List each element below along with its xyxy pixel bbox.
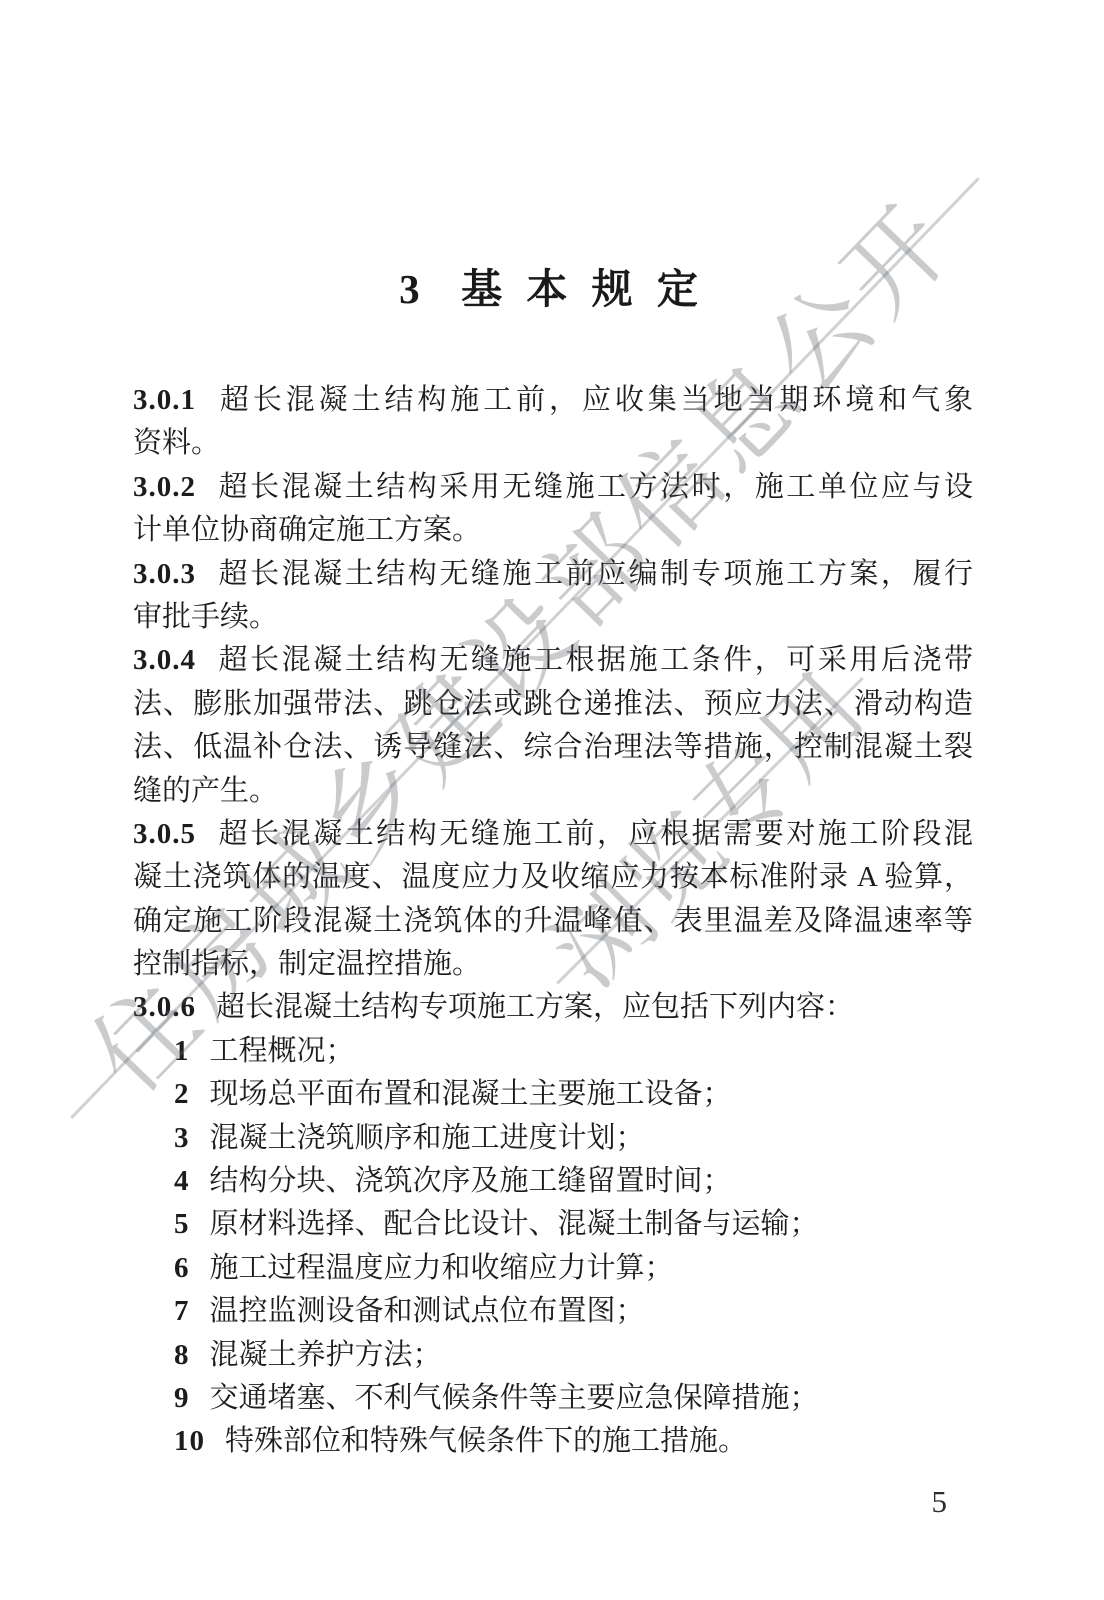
item-text: 混凝土养护方法； — [210, 1339, 442, 1371]
item-number: 10 — [174, 1425, 205, 1457]
item-text: 温控监测设备和测试点位布置图； — [210, 1295, 645, 1327]
item-number: 9 — [174, 1382, 190, 1414]
clause-number: 3.0.4 — [133, 644, 196, 676]
item-number: 8 — [174, 1339, 190, 1371]
clause-text: 确定施工阶段混凝土浇筑体的升温峰值、表里温差及降温速率等 — [133, 905, 973, 937]
item-number: 3 — [174, 1122, 190, 1154]
item-text: 交通堵塞、不利气候条件等主要应急保障措施； — [210, 1382, 819, 1414]
clause-text: 超长混凝土结构无缝施工根据施工条件，可采用后浇带 — [216, 644, 973, 676]
item-number: 5 — [174, 1208, 190, 1240]
list-item: 1工程概况； — [133, 1030, 973, 1073]
list-item: 8混凝土养护方法； — [133, 1334, 973, 1377]
list-item: 5原材料选择、配合比设计、混凝土制备与运输； — [133, 1203, 973, 1246]
item-text: 特殊部位和特殊气候条件下的施工措施。 — [225, 1425, 747, 1457]
item-text: 施工过程温度应力和收缩应力计算； — [210, 1252, 674, 1284]
item-number: 4 — [174, 1165, 190, 1197]
clause-text: 法、低温补仓法、诱导缝法、综合治理法等措施，控制混凝土裂 — [133, 731, 973, 763]
clause-text: 资料。 — [133, 427, 220, 459]
list-item: 7温控监测设备和测试点位布置图； — [133, 1290, 973, 1333]
clause-text: 超长混凝土结构无缝施工前，应根据需要对施工阶段混 — [216, 818, 973, 850]
continuation-line: 法、低温补仓法、诱导缝法、综合治理法等措施，控制混凝土裂 — [133, 726, 973, 769]
continuation-line: 缝的产生。 — [133, 770, 973, 813]
item-number: 1 — [174, 1035, 190, 1067]
item-number: 6 — [174, 1252, 190, 1284]
continuation-line: 法、膨胀加强带法、跳仓法或跳仓递推法、预应力法、滑动构造 — [133, 683, 973, 726]
clause-text: 审批手续。 — [133, 601, 278, 633]
clause-text: 控制指标，制定温控措施。 — [133, 948, 481, 980]
section-title: 3 基 本 规 定 — [0, 256, 1104, 315]
list-item: 3混凝土浇筑顺序和施工进度计划； — [133, 1117, 973, 1160]
clause-number: 3.0.3 — [133, 558, 196, 590]
item-text: 工程概况； — [210, 1035, 355, 1067]
clause-text: 超长混凝土结构采用无缝施工方法时，施工单位应与设 — [216, 471, 973, 503]
list-item: 9交通堵塞、不利气候条件等主要应急保障措施； — [133, 1377, 973, 1420]
clause-text: 法、膨胀加强带法、跳仓法或跳仓递推法、预应力法、滑动构造 — [133, 688, 973, 720]
clause-line: 3.0.1超长混凝土结构施工前，应收集当地当期环境和气象 — [133, 379, 973, 422]
clause-text: 超长混凝土结构施工前，应收集当地当期环境和气象 — [216, 384, 973, 416]
clause-line: 3.0.6超长混凝土结构专项施工方案，应包括下列内容： — [133, 986, 973, 1029]
clause-line: 3.0.5超长混凝土结构无缝施工前，应根据需要对施工阶段混 — [133, 813, 973, 856]
clause-number: 3.0.2 — [133, 471, 196, 503]
item-number: 2 — [174, 1078, 190, 1110]
clause-text: 超长混凝土结构无缝施工前应编制专项施工方案，履行 — [216, 558, 973, 590]
clause-text: 缝的产生。 — [133, 775, 278, 807]
document-body: 3.0.1超长混凝土结构施工前，应收集当地当期环境和气象 资料。 3.0.2超长… — [133, 379, 973, 1464]
list-item: 2现场总平面布置和混凝土主要施工设备； — [133, 1073, 973, 1116]
page-number: 5 — [932, 1484, 948, 1520]
list-item: 10特殊部位和特殊气候条件下的施工措施。 — [133, 1420, 973, 1463]
continuation-line: 计单位协商确定施工方案。 — [133, 509, 973, 552]
clause-line: 3.0.3超长混凝土结构无缝施工前应编制专项施工方案，履行 — [133, 553, 973, 596]
list-item: 4结构分块、浇筑次序及施工缝留置时间； — [133, 1160, 973, 1203]
item-text: 现场总平面布置和混凝土主要施工设备； — [210, 1078, 732, 1110]
item-number: 7 — [174, 1295, 190, 1327]
list-item: 6施工过程温度应力和收缩应力计算； — [133, 1247, 973, 1290]
item-text: 结构分块、浇筑次序及施工缝留置时间； — [210, 1165, 732, 1197]
continuation-line: 控制指标，制定温控措施。 — [133, 943, 973, 986]
document-page: 住房城乡建设部信息公开 浏览专用 3 基 本 规 定 3.0.1超长混凝土结构施… — [0, 0, 1104, 1600]
clause-line: 3.0.4超长混凝土结构无缝施工根据施工条件，可采用后浇带 — [133, 639, 973, 682]
continuation-line: 审批手续。 — [133, 596, 973, 639]
continuation-line: 凝土浇筑体的温度、温度应力及收缩应力按本标准附录 A 验算， — [133, 856, 973, 899]
clause-number: 3.0.5 — [133, 818, 196, 850]
clause-text: 凝土浇筑体的温度、温度应力及收缩应力按本标准附录 A 验算， — [133, 861, 973, 893]
continuation-line: 确定施工阶段混凝土浇筑体的升温峰值、表里温差及降温速率等 — [133, 900, 973, 943]
continuation-line: 资料。 — [133, 422, 973, 465]
clause-number: 3.0.1 — [133, 384, 196, 416]
clause-text: 计单位协商确定施工方案。 — [133, 514, 481, 546]
clause-text: 超长混凝土结构专项施工方案，应包括下列内容： — [216, 991, 854, 1023]
item-text: 混凝土浇筑顺序和施工进度计划； — [210, 1122, 645, 1154]
clause-line: 3.0.2超长混凝土结构采用无缝施工方法时，施工单位应与设 — [133, 466, 973, 509]
item-text: 原材料选择、配合比设计、混凝土制备与运输； — [210, 1208, 819, 1240]
clause-number: 3.0.6 — [133, 991, 196, 1023]
